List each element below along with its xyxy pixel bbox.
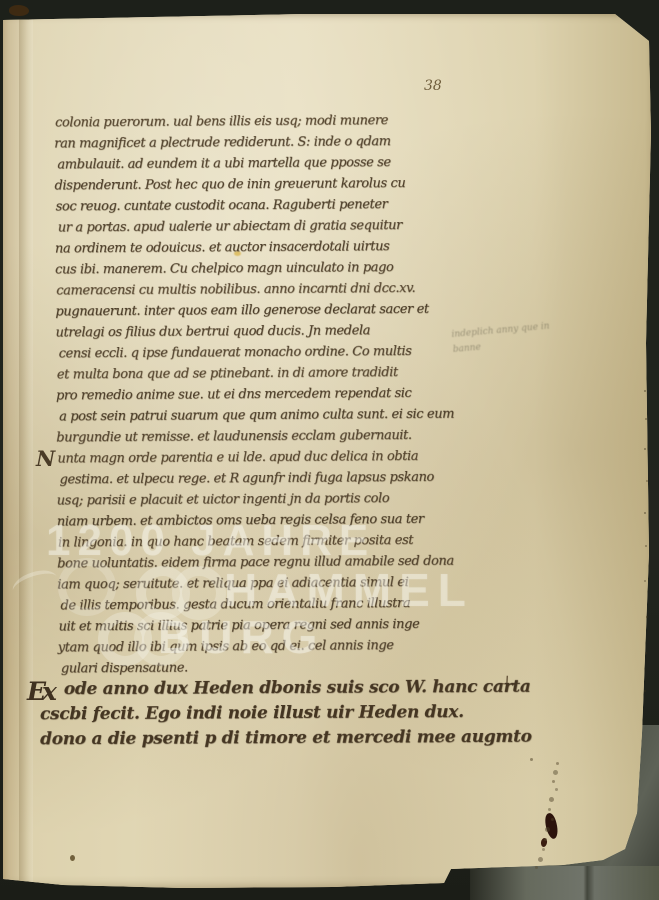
- charter-text-block: ode anno dux Heden dbonis suis sco W. ha…: [40, 675, 530, 753]
- manuscript-line: in lingonia. in quo hanc beatam sedem fi…: [58, 530, 467, 554]
- scan-table-edge: [470, 866, 659, 900]
- manuscript-line: soc reuog. cuntate custodit ocana. Ragub…: [56, 194, 465, 218]
- speckle-trail: [530, 758, 533, 761]
- manuscript-line: utrelagi os filius dux bertrui quod duci…: [55, 320, 465, 344]
- manuscript-line: ran magnificet a plectrude rediderunt. S…: [54, 131, 464, 155]
- manuscript-line: pro remedio anime sue. ut ei dns mercede…: [56, 383, 466, 407]
- manuscript-line: uit et multis sci illius patrie pia oper…: [59, 614, 468, 638]
- charter-initial: Ex: [27, 677, 53, 706]
- manuscript-line: usq; parisii e placuit et uictor ingenti…: [57, 488, 467, 512]
- manuscript-line: gestima. et ulpecu rege. et R agunfr ind…: [60, 467, 467, 491]
- manuscript-line: de illis temporibus. gesta ducum orienta…: [60, 593, 467, 617]
- manuscript-line: cscbi fecit. Ego indi noie illust uir He…: [40, 700, 530, 728]
- page-edge-marks: [644, 390, 646, 392]
- manuscript-line: et multa bona que ad se ptinebant. in di…: [57, 362, 466, 386]
- manuscript-line: ambulauit. ad eundem it a ubi martella q…: [57, 152, 464, 176]
- corner-stain: [9, 5, 29, 16]
- manuscript-line: na ordinem te odouicus. et auctor insace…: [55, 236, 465, 260]
- manuscript-line: colonia puerorum. ual bens illis eis usq…: [55, 110, 464, 134]
- binding-crease: [19, 13, 33, 890]
- manuscript-line: cus ibi. manerem. Cu chelpico magn uincu…: [55, 257, 465, 281]
- manuscript-text-block: colonia puerorum. ual bens illis eis usq…: [54, 110, 468, 680]
- manuscript-line: niam urbem. et ambictos oms ueba regis c…: [57, 509, 467, 533]
- manuscript-line: ur a portas. apud ualerie ur abiectam di…: [58, 215, 465, 239]
- manuscript-line: dispenderunt. Post hec quo de inin greue…: [54, 173, 464, 197]
- manuscript-line: bone uoluntatis. eidem firma pace regnu …: [57, 551, 467, 575]
- manuscript-line: cameracensi cu multis nobilibus. anno in…: [56, 278, 465, 302]
- manuscript-line: ode anno dux Heden dbonis suis sco W. ha…: [40, 675, 530, 703]
- manuscript-line: censi eccli. q ipse fundauerat monacho o…: [59, 341, 466, 365]
- paragraph-initial: N: [36, 446, 55, 471]
- manuscript-line: ytam quod illo ibi qum ipsis ab eo qd ei…: [58, 635, 468, 659]
- manuscript-line: pugnauerunt. inter quos eam illo generos…: [55, 299, 465, 323]
- small-stain-dot: [70, 855, 75, 861]
- manuscript-line: burgundie ut remisse. et laudunensis ecc…: [56, 425, 466, 449]
- folio-number: 38: [424, 78, 442, 94]
- manuscript-line: a post sein patrui suarum que qum animo …: [59, 404, 466, 428]
- manuscript-line: iam quoq; seruitute. et reliqua ppa ei a…: [57, 572, 467, 596]
- manuscript-line: unta magn orde parentia e ui lde. apud d…: [57, 446, 466, 470]
- manuscript-line: dono a die psenti p di timore et mercedi…: [40, 725, 530, 753]
